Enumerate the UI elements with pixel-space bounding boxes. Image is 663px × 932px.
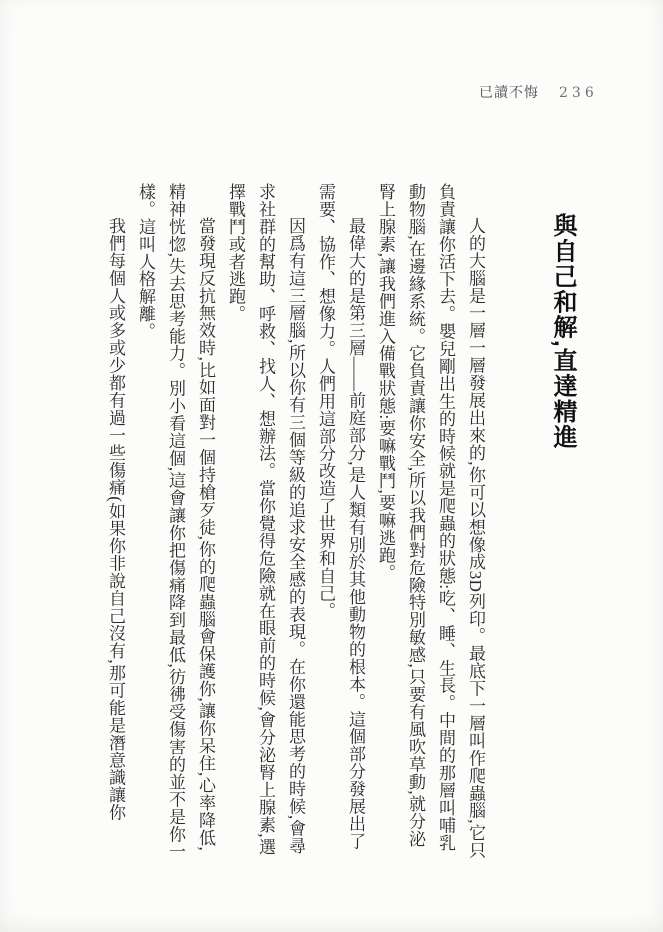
book-page: 已讀不悔236 與自己和解,直達精進 人的大腦是一層一層發展出來的,你可以想像成… (0, 0, 663, 932)
page-content: 與自己和解,直達精進 人的大腦是一層一層發展出來的,你可以想像成3D列印。最底下… (100, 183, 584, 864)
running-head-book-title: 已讀不悔 (479, 86, 539, 101)
page-number: 236 (559, 85, 598, 101)
body-paragraph: 人的大腦是一層一層發展出來的,你可以想像成3D列印。最底下一層叫作爬蟲腦,它只負… (370, 183, 490, 864)
body-paragraph: 因爲有這三層腦,所以你有三個等級的追求安全感的表現。在你還能思考的時候,會尋求社… (220, 183, 310, 864)
body-paragraph: 最偉大的是第三層——前庭部分,是人類有別於其他動物的根本。這個部分發展出了需要、… (310, 183, 370, 864)
running-head: 已讀不悔236 (479, 82, 598, 102)
body-paragraph: 我們每個人或多或少都有過一些傷痛(如果你非說自己沒有,那可能是潛意識讓你 (100, 183, 130, 864)
chapter-title: 與自己和解,直達精進 (540, 213, 584, 864)
body-paragraph: 當發現反抗無效時,比如面對一個持槍歹徒,你的爬蟲腦會保護你,讓你呆住,心率降低,… (130, 183, 220, 864)
